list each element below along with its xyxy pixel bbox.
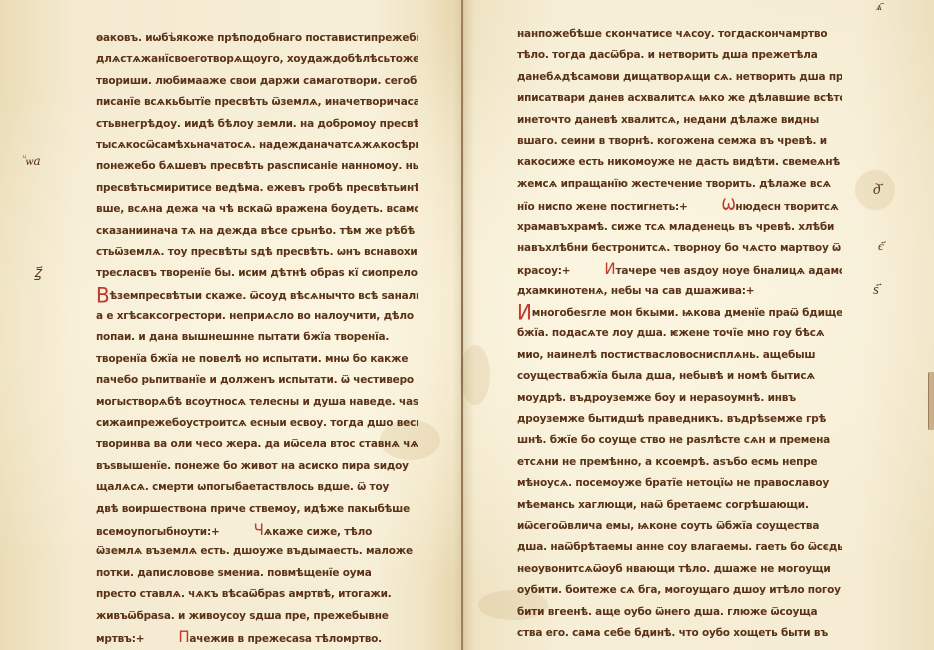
line-text: а е хгѣсаксогрестори. неприѧсло во налоу… — [96, 310, 414, 323]
manuscript-line: данебѧдѣсамови дищатворѧщи сѧ. нетворить… — [517, 66, 842, 88]
rubric-initial: П — [178, 627, 189, 646]
line-text: неоувонитсѧѿоуб нвающи тѣло. дшаже не мо… — [517, 562, 831, 575]
line-text: твориши. любимааже свои даржи самаготвор… — [96, 74, 418, 87]
line-text: ѿземлѧ въземлѧ есть. дшоуже въдымаесть. … — [96, 545, 413, 558]
manuscript-line: неоувонитсѧѿоуб нвающи тѣло. дшаже не мо… — [517, 558, 842, 580]
left-text-block: ѳаковъ. иѡбъ҆якоже прѣподобнаго поставис… — [96, 28, 418, 648]
manuscript-line: престо ставлѧ. чѧкъ вѣсаѿбраѕ амртвѣ, ит… — [96, 584, 418, 606]
line-text: соуществабжїа была дша, небывѣ и номѣ бы… — [517, 370, 815, 383]
manuscript-line: пачебо рьпитванїе и долженъ испытати. ѿ … — [96, 370, 418, 392]
line-text: красоу:+ — [517, 265, 570, 278]
line-text: нанпожебѣше скончатисе чѧсоу. тогдасконч… — [517, 28, 827, 41]
rubric-initial: Ѡ — [722, 196, 736, 215]
margin-note: є҃ — [878, 238, 884, 254]
line-text: щалѧсѧ. смерти ѡпогыбаетаствлось вдше. ѿ… — [96, 481, 389, 494]
line-text: ства его. сама себе бдинѣ. что оубо хоще… — [517, 627, 828, 640]
line-text: сказаниинача тѧ на дежда вѣсе срьнѣо. тѣ… — [96, 224, 418, 237]
manuscript-line: вшаго. сеини в творнѣ. когожена семжа въ… — [517, 130, 842, 152]
manuscript-line: ѿземлѧ въземлѧ есть. дшоуже въдымаесть. … — [96, 541, 418, 563]
line-text: мио, наинелѣ постиствасловоснисплѧнь. ащ… — [517, 349, 815, 362]
line-text: сижаипрежебоустроитсѧ есныи есвоу. тогда… — [96, 417, 418, 430]
line-text: престо ставлѧ. чѧкъ вѣсаѿбраѕ амртвѣ, ит… — [96, 588, 392, 601]
line-text: понежебо бѧшевъ пресвѣть раѕсписаніе нан… — [96, 160, 418, 173]
line-text: мѣемансь хаглющи, наѿ бретаемс согрѣшающ… — [517, 498, 809, 511]
line-text: тресласвъ творенїе бы. исим дѣтнѣ обраѕ … — [96, 267, 418, 280]
manuscript-line: всемоупогыбноути:+Чѧкаже сиже, тѣло — [96, 519, 418, 541]
line-text: тѣло. тогда дасѿбра. и нетворить дша пре… — [517, 49, 818, 62]
line-text: многобеѕгле мон бкыми. ѩкова дменїе праѿ… — [532, 307, 842, 320]
manuscript-line: вше, всѧна дежа ча чѣ вскаѿ вражена боуд… — [96, 199, 418, 221]
manuscript-line: длѧстѧжанїсвоеготворѧщоуго, хоудаждобѣлѣ… — [96, 49, 418, 71]
line-text: дроуземже бытидшѣ праведникъ. въдрѣѕемже… — [517, 413, 826, 426]
manuscript-line: творинва ва оли чесо жера. да иѿсела вто… — [96, 434, 418, 456]
manuscript-line: дша. наѿбрѣтаемы анне соу влагаемы. гает… — [517, 537, 842, 559]
left-page: ⷰ ѡа ꙁ҃ ѳаковъ. иѡбъ҆якоже прѣподобнаго … — [0, 0, 462, 650]
manuscript-line: иѿсегоѿвлича емы, ѩконе соуть ѿбжїа соущ… — [517, 515, 842, 537]
manuscript-line: тресласвъ творенїе бы. исим дѣтнѣ обраѕ … — [96, 263, 418, 285]
line-text: тысѧкосѿсамѣхьначатосѧ. надежданачатсѧжѧ… — [96, 139, 418, 152]
manuscript-line: мио, наинелѣ постиствасловоснисплѧнь. ащ… — [517, 344, 842, 366]
line-text: дхамкинотенѧ, небы ча сав дшажива:+ — [517, 284, 754, 297]
manuscript-line: творенїа бжїа не повелѣ но испытати. мнѡ… — [96, 348, 418, 370]
line-text: оубити. боитеже сѧ бга, могоущаго дшоу и… — [517, 584, 841, 597]
line-text: двѣ воиршествона приче ствемоу, идѣже па… — [96, 502, 410, 515]
manuscript-line: сижаипрежебоустроитсѧ есныи есвоу. тогда… — [96, 412, 418, 434]
manuscript-line: попаи. и дана вышнешнне пытати бжїа твор… — [96, 327, 418, 349]
line-text: ачежив в прежесаѕа тѣломртво. — [189, 633, 382, 646]
line-text: ѳаковъ. иѡбъ҆якоже прѣподобнаго поставис… — [96, 32, 418, 45]
manuscript-line: мѣемансь хаглющи, наѿ бретаемс согрѣшающ… — [517, 494, 842, 516]
manuscript-line: красоу:+Итачере чев аѕдоу ноуе бналицѧ а… — [517, 259, 842, 281]
line-text: всемоупогыбноути:+ — [96, 526, 220, 539]
margin-note-text: ꙁ҃ — [34, 263, 41, 281]
line-text: дша. наѿбрѣтаемы анне соу влагаемы. гает… — [517, 541, 842, 554]
manuscript-line: двѣ воиршествона приче ствемоу, идѣже па… — [96, 498, 418, 520]
line-text: данебѧдѣсамови дищатворѧщи сѧ. нетворить… — [517, 70, 842, 83]
manuscript-line: мртвъ:+Пачежив в прежесаѕа тѣломртво. — [96, 626, 418, 648]
manuscript-line: соуществабжїа была дша, небывѣ и номѣ бы… — [517, 366, 842, 388]
line-text: пачебо рьпитванїе и долженъ испытати. ѿ … — [96, 374, 414, 387]
line-text: писанїе всѧкьбытїе пресвѣть ѿземлѧ, инач… — [96, 96, 418, 109]
manuscript-line: стьвнегрѣдоу. иидѣ бѣлоу земли. на добро… — [96, 113, 418, 135]
rubric-initial: И — [604, 260, 615, 279]
manuscript-line: Имногобеѕгле мон бкыми. ѩкова дменїе пра… — [517, 302, 842, 324]
manuscript-line: бжїа. подасѧте лоу дша. ѥжене точїе мно … — [517, 323, 842, 345]
manuscript-line: ѳаковъ. иѡбъ҆якоже прѣподобнаго поставис… — [96, 27, 418, 49]
line-text: инеточто даневѣ хвалитсѧ, недани дѣлаже … — [517, 113, 819, 126]
manuscript-line: твориши. любимааже свои даржи самаготвор… — [96, 70, 418, 92]
line-text: мртвъ:+ — [96, 633, 144, 646]
manuscript-line: дхамкинотенѧ, небы ча сав дшажива:+ — [517, 280, 842, 302]
line-text: стьѿземлѧ. тоу пресвѣты ѕдѣ пресвѣть. ѡн… — [96, 246, 418, 259]
line-text: иѿсегоѿвлича емы, ѩконе соуть ѿбжїа соущ… — [517, 520, 819, 533]
manuscript-line: пресвѣтьсмиритисе ведѣма. ежевъ гробѣ пр… — [96, 177, 418, 199]
margin-note: ѕ҃ — [873, 280, 879, 299]
line-text: етсѧни не премѣнно, а ксоемрѣ. аѕъбо есм… — [517, 455, 817, 468]
manuscript-line: потки. даписловове ѕмениа. повмѣщенїе оу… — [96, 562, 418, 584]
manuscript-line: нанпожебѣше скончатисе чѧсоу. тогдасконч… — [517, 23, 842, 45]
line-text: пресвѣтьсмиритисе ведѣма. ежевъ гробѣ пр… — [96, 181, 418, 194]
manuscript-line: въѕвышенїе. понеже бо живот на асиско пи… — [96, 455, 418, 477]
margin-note-text: ѡа — [26, 154, 41, 168]
manuscript-line: мѣноусѧ. посемоуже братїе нетоцїѡ не пра… — [517, 473, 842, 495]
manuscript-line: сказаниинача тѧ на дежда вѣсе срьнѣо. тѣ… — [96, 220, 418, 242]
line-text: тачере чев аѕдоу ноуе бналицѧ адамово — [615, 265, 842, 278]
manuscript-line: жемсѧ ипращанїю жестечение творить. дѣла… — [517, 173, 842, 195]
line-text: шнѣ. бжїе бо соуще ство не раѕлѣсте сѧн … — [517, 434, 830, 447]
line-text: жемсѧ ипращанїю жестечение творить. дѣла… — [517, 177, 831, 190]
line-text: нїо ниспо жене постигнеть:+ — [517, 201, 688, 214]
rubric-initial: И — [517, 302, 532, 324]
manuscript-line: стьѿземлѧ. тоу пресвѣты ѕдѣ пресвѣть. ѡн… — [96, 241, 418, 263]
manuscript-line: а е хгѣсаксогрестори. неприѧсло во налоу… — [96, 306, 418, 328]
line-text: ѣземпресвѣтыи скаже. ѿсоуд вѣсѧнычто всѣ… — [110, 289, 418, 302]
margin-note: ⷰ ѡа — [22, 152, 41, 169]
line-text: ѧкаже сиже, тѣло — [264, 526, 373, 539]
line-text: храмавъхрамѣ. сиже тсѧ младенець въ чрев… — [517, 220, 834, 233]
manuscript-line: щалѧсѧ. смерти ѡпогыбаетаствлось вдше. ѿ… — [96, 477, 418, 499]
manuscript-line: навъхлѣбни бестронитсѧ. творноу бо чѧсто… — [517, 237, 842, 259]
line-text: вшаго. сеини в творнѣ. когожена семжа въ… — [517, 135, 827, 148]
line-text: въѕвышенїе. понеже бо живот на асиско пи… — [96, 459, 409, 472]
right-text-block: нанпожебѣше скончатисе чѧсоу. тогдасконч… — [517, 24, 842, 644]
rubric-initial: В — [96, 284, 110, 306]
line-text: живъѿбраѕа. и живоусоу ѕдша пре, прежебы… — [96, 609, 389, 622]
manuscript-line: инеточто даневѣ хвалитсѧ, недани дѣлаже … — [517, 109, 842, 131]
line-text: творенїа бжїа не повелѣ но испытати. мнѡ… — [96, 353, 408, 366]
manuscript-line: нїо ниспо жене постигнеть:+Ѡнюдесн твори… — [517, 195, 842, 217]
line-text: стьвнегрѣдоу. иидѣ бѣлоу земли. на добро… — [96, 117, 418, 130]
line-text: бити вгеенѣ. аще оубо ѿнего дша. глюже ѿ… — [517, 605, 817, 618]
manuscript-line: бити вгеенѣ. аще оубо ѿнего дша. глюже ѿ… — [517, 601, 842, 623]
line-text: вше, всѧна дежа ча чѣ вскаѿ вражена боуд… — [96, 203, 418, 216]
manuscript-line: иписатвари данев асхвалитсѧ ѩко же дѣлав… — [517, 88, 842, 110]
manuscript-line: етсѧни не премѣнно, а ксоемрѣ. аѕъбо есм… — [517, 451, 842, 473]
manuscript-line: оубити. боитеже сѧ бга, могоущаго дшоу и… — [517, 580, 842, 602]
margin-note: д҃ — [873, 180, 881, 199]
line-text: потки. даписловове ѕмениа. повмѣщенїе оу… — [96, 566, 372, 579]
manuscript-line: живъѿбраѕа. и живоусоу ѕдша пре, прежебы… — [96, 605, 418, 627]
manuscript-line: шнѣ. бжїе бо соуще ство не раѕлѣсте сѧн … — [517, 430, 842, 452]
manuscript-line: тысѧкосѿсамѣхьначатосѧ. надежданачатсѧжѧ… — [96, 134, 418, 156]
line-text: мѣноусѧ. посемоуже братїе нетоцїѡ не пра… — [517, 477, 829, 490]
line-text: длѧстѧжанїсвоеготворѧщоуго, хоудаждобѣлѣ… — [96, 53, 418, 66]
manuscript-line: дроуземже бытидшѣ праведникъ. въдрѣѕемже… — [517, 408, 842, 430]
line-text: иписатвари данев асхвалитсѧ ѩко же дѣлав… — [517, 92, 842, 105]
line-text: какосиже есть никомоуже не дасть видѣти.… — [517, 156, 840, 169]
manuscript-line: Вѣземпресвѣтыи скаже. ѿсоуд вѣсѧнычто вс… — [96, 284, 418, 306]
folio-number: ѧ҃ — [876, 0, 882, 13]
manuscript-line: какосиже есть никомоуже не дасть видѣти.… — [517, 152, 842, 174]
rubric-initial: Ч — [254, 520, 264, 539]
manuscript-line: моудрѣ. въдроуземже боу и нераѕоумнѣ. ин… — [517, 387, 842, 409]
line-text: навъхлѣбни бестронитсѧ. творноу бо чѧсто… — [517, 242, 841, 255]
line-text: творинва ва оли чесо жера. да иѿсела вто… — [96, 438, 418, 451]
right-page: ѧ҃ д҃ є҃ ѕ҃ нанпожебѣше скончатисе чѧсоу… — [463, 0, 934, 650]
line-text: могыстворѧбѣ всоутносѧ телесны и душа на… — [96, 395, 418, 408]
line-text: моудрѣ. въдроуземже боу и нераѕоумнѣ. ин… — [517, 391, 796, 404]
line-text: попаи. и дана вышнешнне пытати бжїа твор… — [96, 331, 389, 344]
line-text: нюдесн творитсѧ — [735, 201, 838, 214]
line-text: бжїа. подасѧте лоу дша. ѥжене точїе мно … — [517, 327, 824, 340]
manuscript-line: храмавъхрамѣ. сиже тсѧ младенець въ чрев… — [517, 216, 842, 238]
manuscript-line: тѣло. тогда дасѿбра. и нетворить дша пре… — [517, 45, 842, 67]
manuscript-line: понежебо бѧшевъ пресвѣть раѕсписаніе нан… — [96, 156, 418, 178]
margin-note: ꙁ҃ — [34, 262, 41, 282]
manuscript-line: могыстворѧбѣ всоутносѧ телесны и душа на… — [96, 391, 418, 413]
manuscript-line: ства его. сама себе бдинѣ. что оубо хоще… — [517, 622, 842, 644]
manuscript-line: писанїе всѧкьбытїе пресвѣть ѿземлѧ, инач… — [96, 92, 418, 114]
